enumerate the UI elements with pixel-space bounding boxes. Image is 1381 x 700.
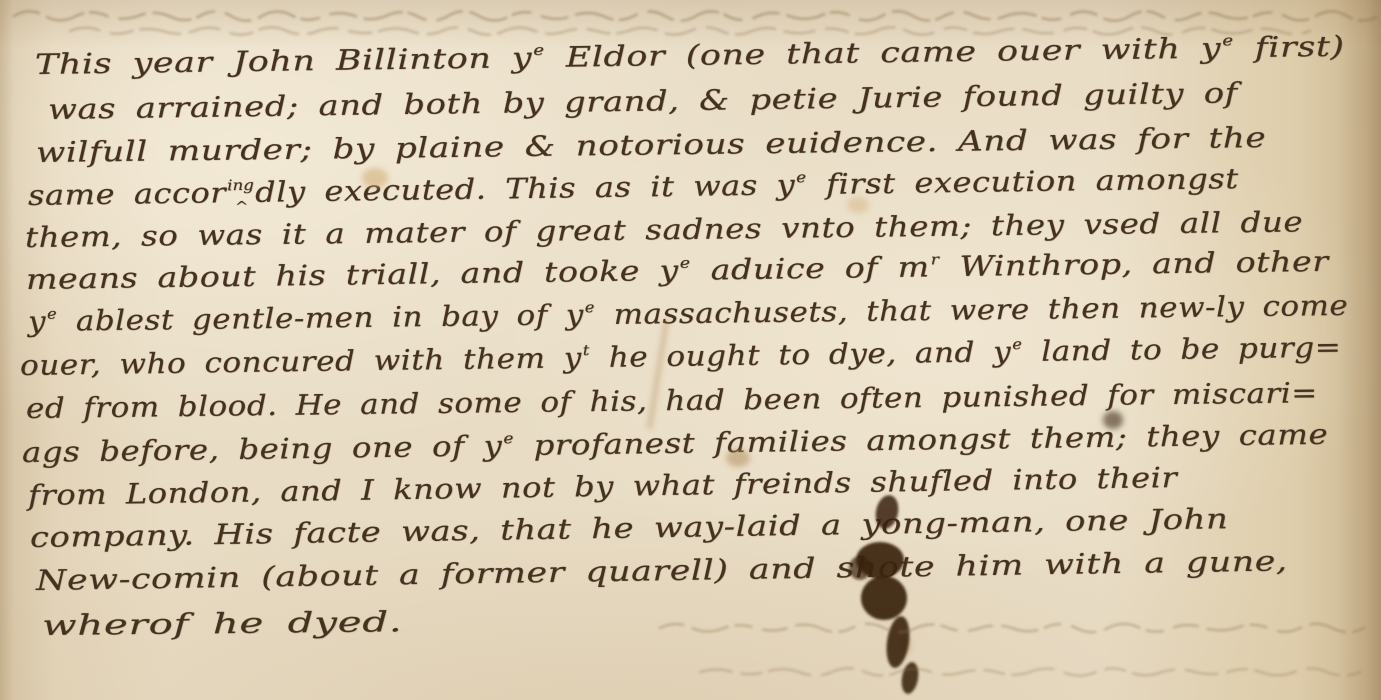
superscript-abbreviation: e: [678, 254, 691, 271]
manuscript-line-13: New-comin (about a former quarell) and s…: [36, 544, 1288, 597]
manuscript-line-1: This year John Billinton ye Eldor (one t…: [35, 30, 1345, 81]
superscript-abbreviation: e: [584, 299, 596, 316]
superscript-abbreviation: e: [502, 430, 514, 447]
manuscript-line-2: was arrained; and both by grand, & petie…: [48, 76, 1238, 126]
superscript-abbreviation: e: [1221, 32, 1234, 49]
superscript-abbreviation: e: [1011, 336, 1023, 353]
page-left-edge-shading: [0, 0, 14, 700]
manuscript-line-11: from London, and I know not by what frei…: [28, 461, 1178, 512]
manuscript-text-block: This year John Billinton ye Eldor (one t…: [0, 0, 1381, 700]
manuscript-line-3: wilfull murder; by plaine & notorious eu…: [36, 121, 1267, 169]
manuscript-page: This year John Billinton ye Eldor (one t…: [0, 0, 1381, 700]
manuscript-line-9: ed from blood. He and some of his, had b…: [26, 376, 1318, 425]
superscript-abbreviation: e: [532, 42, 545, 59]
superscript-abbreviation: e: [46, 305, 58, 322]
superscript-abbreviation: ing: [226, 176, 255, 193]
manuscript-line-4: same accoringdly executed. This as it wa…: [28, 162, 1239, 212]
manuscript-line-5: them, so was it a mater of great sadnes …: [25, 205, 1304, 254]
page-right-edge-shading: [1337, 0, 1381, 700]
manuscript-line-6: means about his triall, and tooke ye adu…: [26, 245, 1329, 296]
manuscript-line-12: company. His facte was, that he way-laid…: [30, 502, 1229, 554]
manuscript-line-8: ouer, who concured with them yt he ought…: [20, 331, 1342, 382]
manuscript-line-14: wherof he dyed.: [42, 605, 403, 642]
superscript-abbreviation: r: [929, 251, 940, 268]
manuscript-line-7: ye ablest gentle-men in bay of ye massac…: [28, 289, 1349, 338]
superscript-abbreviation: t: [582, 342, 591, 359]
superscript-abbreviation: e: [795, 169, 807, 186]
